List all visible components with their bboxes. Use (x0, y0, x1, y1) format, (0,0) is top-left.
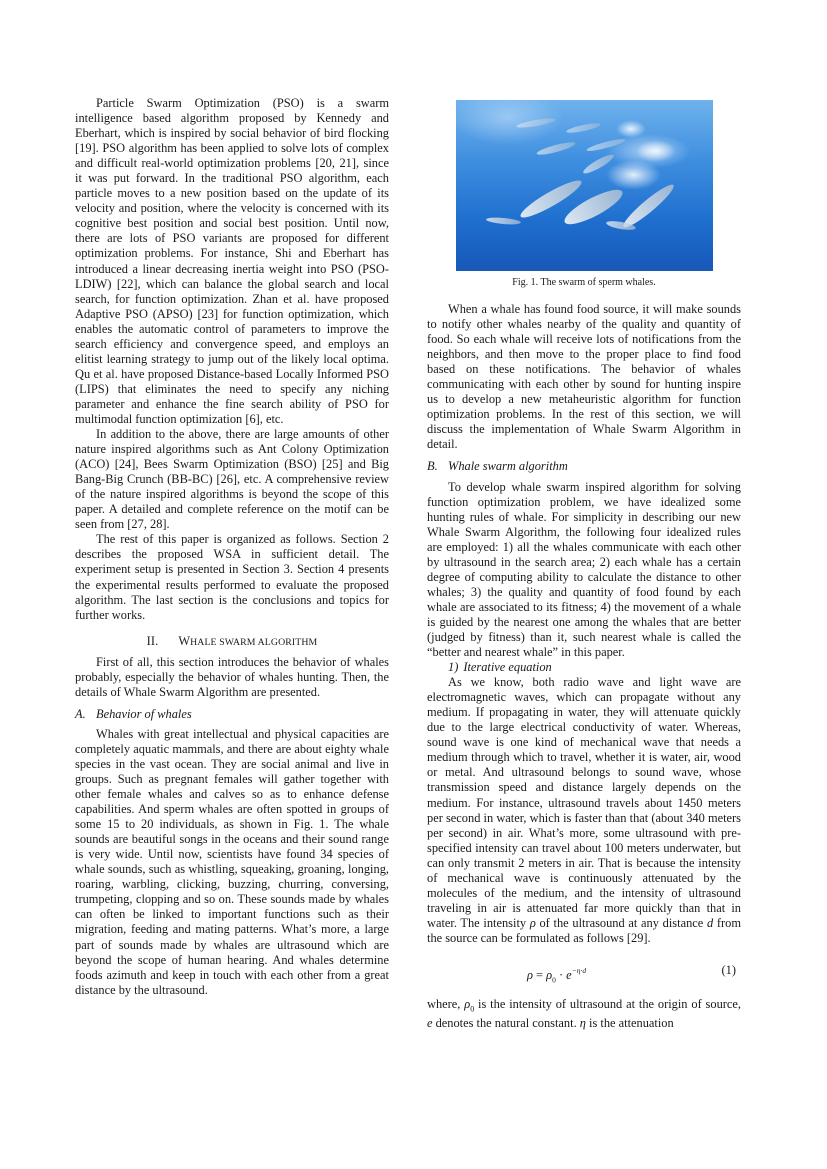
equation-number: (1) (722, 963, 736, 978)
paragraph-ultrasound-propagation: As we know, both radio wave and light wa… (427, 675, 741, 946)
subsection-letter: B. (427, 459, 448, 474)
sperm-whales-photo (456, 100, 713, 271)
section-heading-whale-swarm-algorithm: II.WHALE SWARM ALGORITHM (75, 634, 389, 650)
paragraph-whale-hunting: When a whale has found food source, it w… (427, 302, 741, 452)
subsection-title: Behavior of whales (96, 707, 192, 721)
paragraph-pso: Particle Swarm Optimization (PSO) is a s… (75, 96, 389, 427)
paragraph-behavior-of-whales: Whales with great intellectual and physi… (75, 727, 389, 998)
paragraph-where-definitions: where, ρ0 is the intensity of ultrasound… (427, 997, 741, 1032)
paragraph-other-algorithms: In addition to the above, there are larg… (75, 427, 389, 532)
left-column: Particle Swarm Optimization (PSO) is a s… (75, 96, 389, 998)
subsubsection-number: 1) (448, 660, 458, 674)
equation-1: ρ = ρ0 · e−η·d (1) (427, 960, 741, 984)
subsubsection-heading-iterative-equation: 1)Iterative equation (427, 660, 741, 675)
section-title-rest: HALE SWARM ALGORITHM (190, 637, 317, 648)
section-title-initial: W (178, 634, 190, 648)
right-column: Fig. 1. The swarm of sperm whales. When … (427, 96, 741, 1032)
subsection-letter: A. (75, 707, 96, 722)
paragraph-section-intro: First of all, this section introduces th… (75, 655, 389, 700)
section-number: II. (147, 634, 159, 648)
subsubsection-title: Iterative equation (463, 660, 551, 674)
subsection-heading-whale-swarm-algorithm: B.Whale swarm algorithm (427, 459, 741, 474)
paragraph-paper-organization: The rest of this paper is organized as f… (75, 532, 389, 622)
equation-formula: ρ = ρ0 · e−η·d (527, 963, 586, 988)
subsection-title: Whale swarm algorithm (448, 459, 568, 473)
figure-1: Fig. 1. The swarm of sperm whales. (427, 100, 741, 289)
paragraph-idealized-rules: To develop whale swarm inspired algorith… (427, 480, 741, 661)
subsection-heading-behavior-of-whales: A.Behavior of whales (75, 707, 389, 722)
figure-caption: Fig. 1. The swarm of sperm whales. (427, 277, 741, 289)
